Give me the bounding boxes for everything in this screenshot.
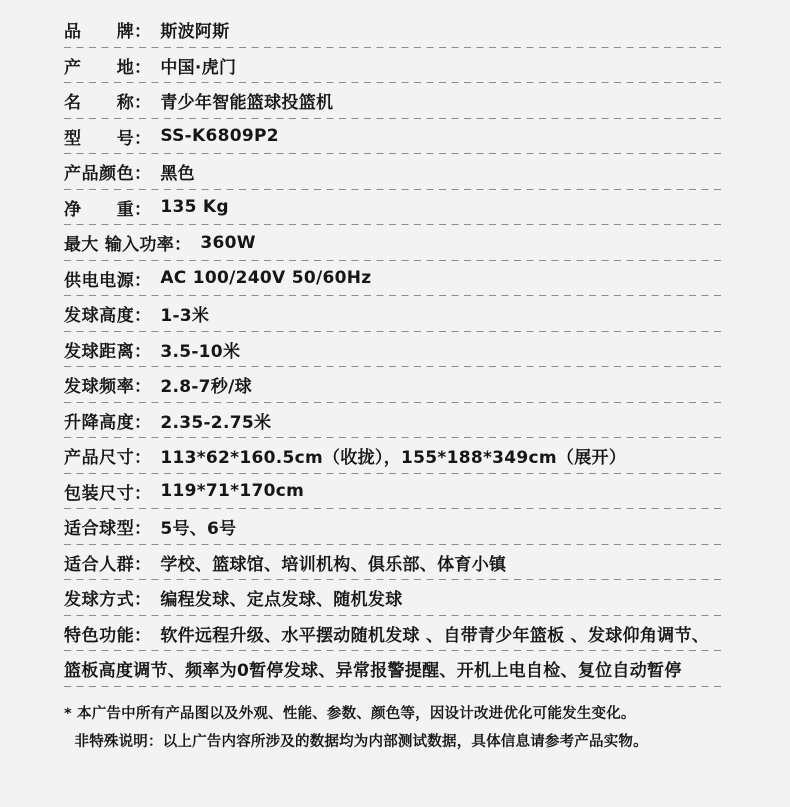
spec-label: 产品尺寸 — [64, 443, 134, 468]
spec-label: 产地 — [64, 53, 134, 78]
spec-colon: ： — [134, 159, 151, 184]
spec-value: 中国·虎门 — [160, 53, 236, 78]
spec-label: 适合球型 — [64, 514, 134, 539]
notes: * 本广告中所有产品图以及外观、性能、参数、颜色等，因设计改进优化可能发生变化。… — [64, 700, 724, 756]
spec-value: 软件远程升级、水平摆动随机发球 、自带青少年篮板 、发球仰角调节、 — [160, 621, 709, 646]
spec-row: 适合人群：学校、篮球馆、培训机构、俱乐部、体育小镇 — [64, 545, 724, 581]
spec-row: 发球频率：2.8-7秒/球 — [64, 367, 724, 403]
spec-label: 发球高度 — [64, 301, 134, 326]
spec-label: 产品颜色 — [64, 159, 134, 184]
spec-value: 编程发球、定点发球、随机发球 — [160, 585, 402, 610]
spec-label: 最大 输入功率 — [64, 230, 174, 255]
spec-label: 品牌 — [64, 17, 134, 42]
spec-row: 品牌：斯波阿斯 — [64, 12, 724, 48]
spec-value: 1-3米 — [160, 301, 209, 326]
spec-colon: ： — [134, 195, 151, 220]
spec-row: 型号：SS-K6809P2 — [64, 119, 724, 155]
spec-label: 适合人群 — [64, 550, 134, 575]
spec-value: 135 Kg — [160, 197, 229, 217]
spec-row: 包装尺寸：119*71*170cm — [64, 474, 724, 510]
spec-colon: ： — [134, 266, 151, 291]
spec-list: 品牌：斯波阿斯产地：中国·虎门名称：青少年智能篮球投篮机型号：SS-K6809P… — [64, 12, 724, 687]
spec-value: 2.35-2.75米 — [160, 408, 271, 433]
spec-value: 青少年智能篮球投篮机 — [160, 88, 333, 113]
spec-row: 发球距离：3.5-10米 — [64, 332, 724, 368]
spec-value: 2.8-7秒/球 — [160, 372, 252, 397]
spec-colon: ： — [134, 443, 151, 468]
spec-label: 名称 — [64, 88, 134, 113]
spec-colon: ： — [134, 88, 151, 113]
spec-colon: ： — [134, 621, 151, 646]
spec-colon: ： — [134, 550, 151, 575]
spec-label: 包装尺寸 — [64, 479, 134, 504]
spec-colon: ： — [134, 53, 151, 78]
spec-colon: ： — [134, 514, 151, 539]
spec-value: 黑色 — [160, 159, 195, 184]
spec-value: SS-K6809P2 — [160, 126, 279, 146]
spec-label: 特色功能 — [64, 621, 134, 646]
spec-value: 360W — [200, 233, 255, 253]
spec-value: AC 100/240V 50/60Hz — [160, 268, 371, 288]
spec-row: 特色功能：软件远程升级、水平摆动随机发球 、自带青少年篮板 、发球仰角调节、 — [64, 616, 724, 652]
spec-value: 斯波阿斯 — [160, 17, 229, 42]
spec-colon: ： — [134, 585, 151, 610]
spec-colon: ： — [174, 230, 191, 255]
spec-colon: ： — [134, 124, 151, 149]
spec-row: 篮板高度调节、频率为0暂停发球、异常报警提醒、开机上电自检、复位自动暂停 — [64, 651, 724, 687]
spec-row: 产地：中国·虎门 — [64, 48, 724, 84]
spec-row: 净重：135 Kg — [64, 190, 724, 226]
spec-value: 113*62*160.5cm（收拢），155*188*349cm（展开） — [160, 443, 626, 468]
spec-label: 升降高度 — [64, 408, 134, 433]
spec-row: 发球高度：1-3米 — [64, 296, 724, 332]
spec-label: 净重 — [64, 195, 134, 220]
spec-value: 篮板高度调节、频率为0暂停发球、异常报警提醒、开机上电自检、复位自动暂停 — [64, 656, 682, 681]
spec-row: 适合球型：5号、6号 — [64, 509, 724, 545]
spec-value: 5号、6号 — [160, 514, 236, 539]
spec-colon: ： — [134, 479, 151, 504]
spec-row: 升降高度：2.35-2.75米 — [64, 403, 724, 439]
spec-row: 产品尺寸：113*62*160.5cm（收拢），155*188*349cm（展开… — [64, 438, 724, 474]
spec-row: 产品颜色：黑色 — [64, 154, 724, 190]
spec-colon: ： — [134, 337, 151, 362]
special-instructions-note: 非特殊说明：以上广告内容所涉及的数据均为内部测试数据，具体信息请参考产品实物。 — [64, 728, 724, 756]
spec-row: 最大 输入功率：360W — [64, 225, 724, 261]
spec-label: 型号 — [64, 124, 134, 149]
spec-label: 发球频率 — [64, 372, 134, 397]
spec-colon: ： — [134, 301, 151, 326]
spec-value: 3.5-10米 — [160, 337, 240, 362]
spec-colon: ： — [134, 372, 151, 397]
spec-label: 发球方式 — [64, 585, 134, 610]
spec-row: 供电电源：AC 100/240V 50/60Hz — [64, 261, 724, 297]
spec-colon: ： — [134, 17, 151, 42]
spec-value: 119*71*170cm — [160, 481, 304, 501]
spec-value: 学校、篮球馆、培训机构、俱乐部、体育小镇 — [160, 550, 506, 575]
spec-colon: ： — [134, 408, 151, 433]
spec-label: 供电电源 — [64, 266, 134, 291]
product-spec-sheet: 品牌：斯波阿斯产地：中国·虎门名称：青少年智能篮球投篮机型号：SS-K6809P… — [64, 0, 724, 756]
spec-label: 发球距离 — [64, 337, 134, 362]
spec-row: 发球方式：编程发球、定点发球、随机发球 — [64, 580, 724, 616]
spec-row: 名称：青少年智能篮球投篮机 — [64, 83, 724, 119]
disclaimer-note: * 本广告中所有产品图以及外观、性能、参数、颜色等，因设计改进优化可能发生变化。 — [64, 700, 724, 728]
